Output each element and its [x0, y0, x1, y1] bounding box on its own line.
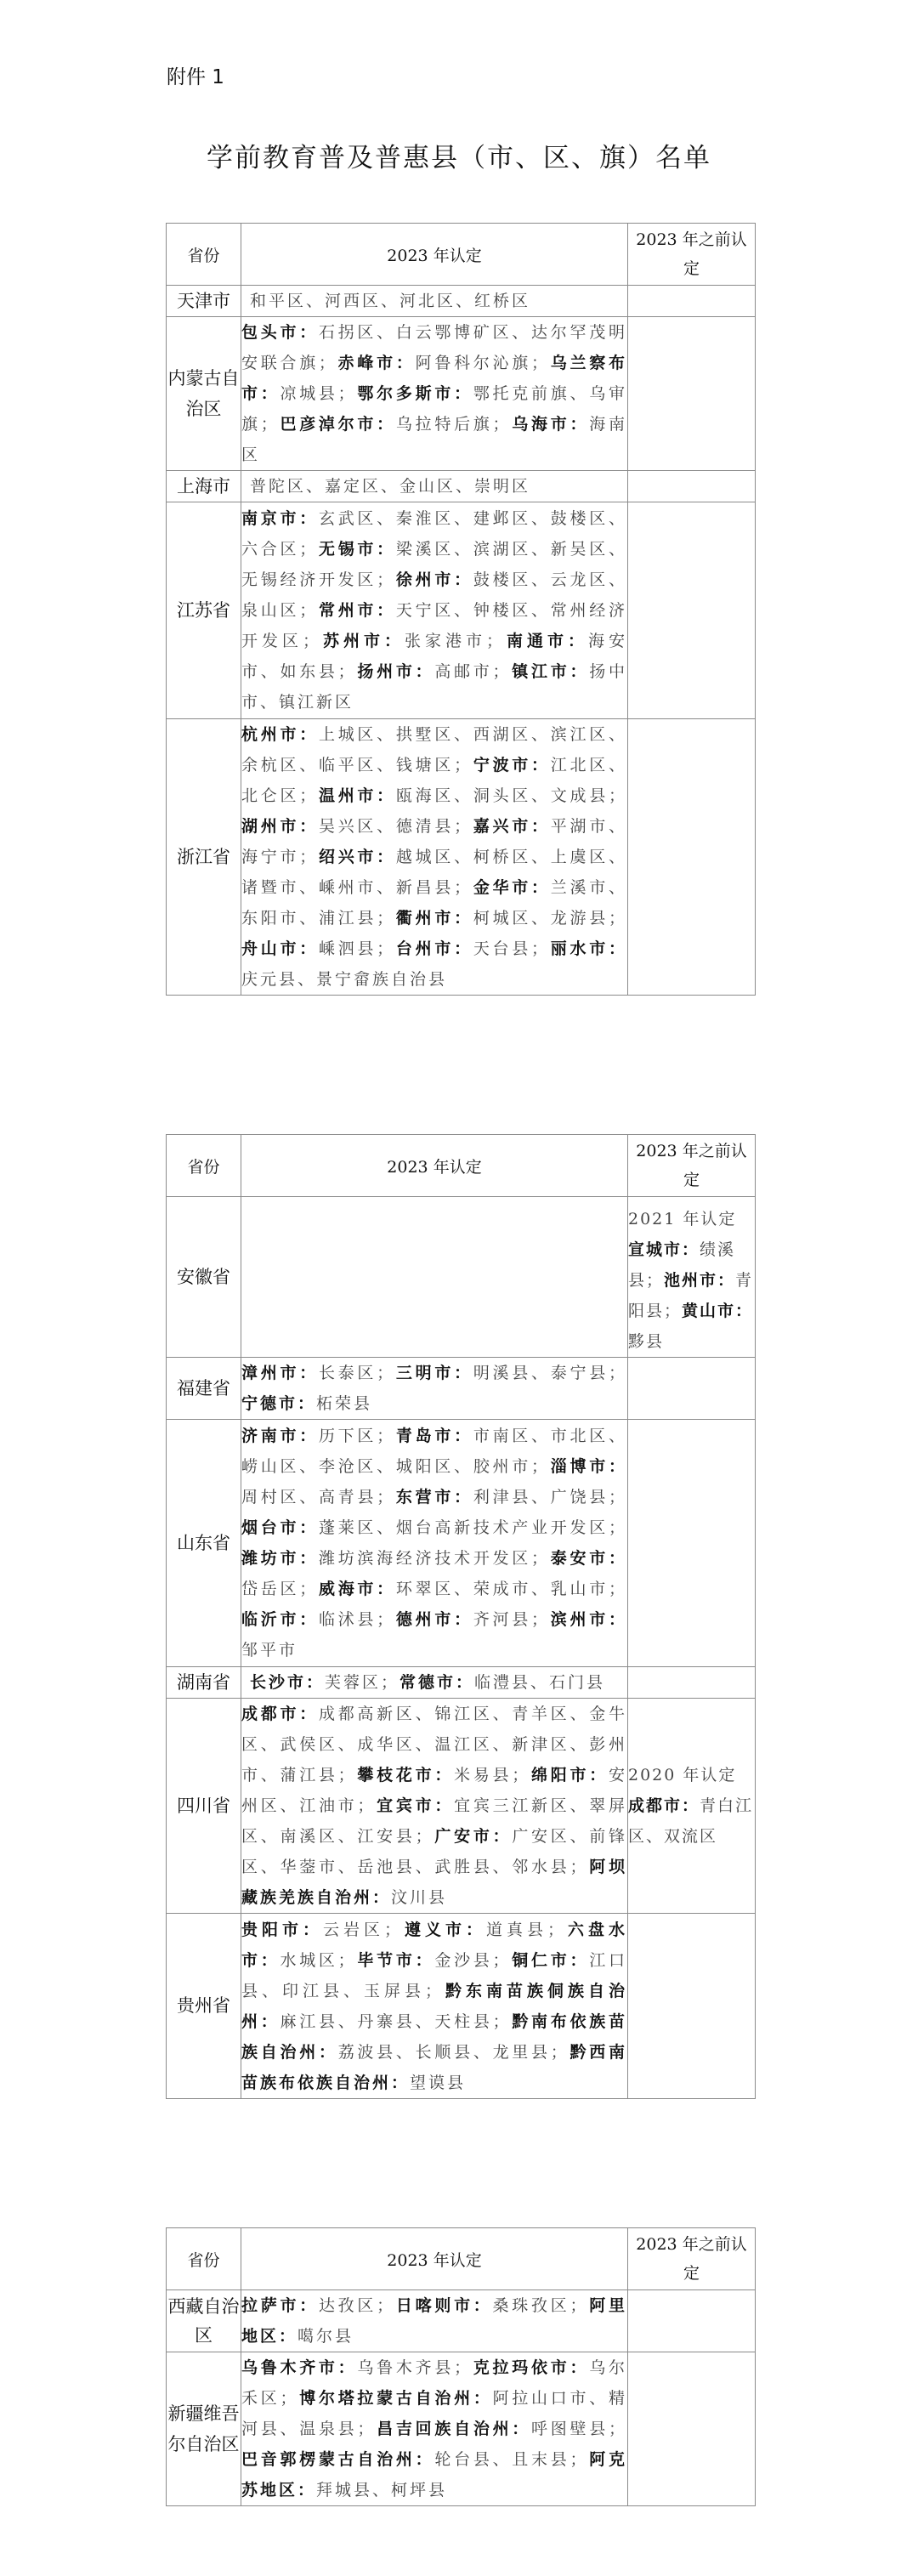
current-cell [241, 1197, 628, 1358]
current-cell: 成都市：成都高新区、锦江区、青羊区、金牛区、武侯区、成华区、温江区、新津区、彭州… [241, 1699, 628, 1914]
header-current: 2023 年认定 [241, 224, 628, 286]
province-cell: 内蒙古自治区 [167, 317, 241, 471]
county-list-table-1: 省份 2023 年认定 2023 年之前认定 天津市 和平区、河西区、河北区、红… [166, 223, 756, 996]
province-cell: 浙江省 [167, 719, 241, 996]
previous-cell [628, 502, 756, 719]
province-cell: 新疆维吾尔自治区 [167, 2352, 241, 2506]
current-cell: 拉萨市：达孜区；日喀则市：桑珠孜区；阿里地区：噶尔县 [241, 2290, 628, 2352]
table-row: 西藏自治区 拉萨市：达孜区；日喀则市：桑珠孜区；阿里地区：噶尔县 [167, 2290, 756, 2352]
table-row: 四川省 成都市：成都高新区、锦江区、青羊区、金牛区、武侯区、成华区、温江区、新津… [167, 1699, 756, 1914]
province-cell: 西藏自治区 [167, 2290, 241, 2352]
previous-cell: 2020 年认定成都市：青白江区、双流区 [628, 1699, 756, 1914]
previous-cell [628, 719, 756, 996]
table-row: 内蒙古自治区 包头市：石拐区、白云鄂博矿区、达尔罕茂明安联合旗；赤峰市：阿鲁科尔… [167, 317, 756, 471]
previous-cell: 2021 年认定宣城市：绩溪县；池州市：青阳县；黄山市：黟县 [628, 1197, 756, 1358]
header-current: 2023 年认定 [241, 1135, 628, 1197]
province-cell: 四川省 [167, 1699, 241, 1914]
previous-cell [628, 317, 756, 471]
table-row: 湖南省 长沙市：芙蓉区；常德市：临澧县、石门县 [167, 1667, 756, 1699]
county-list-table-3: 省份 2023 年认定 2023 年之前认定 西藏自治区 拉萨市：达孜区；日喀则… [166, 2227, 756, 2506]
province-cell: 湖南省 [167, 1667, 241, 1699]
previous-cell [628, 1667, 756, 1699]
current-cell: 长沙市：芙蓉区；常德市：临澧县、石门县 [241, 1667, 628, 1699]
header-province: 省份 [167, 2228, 241, 2290]
table-row: 上海市 普陀区、嘉定区、金山区、崇明区 [167, 471, 756, 502]
current-cell: 包头市：石拐区、白云鄂博矿区、达尔罕茂明安联合旗；赤峰市：阿鲁科尔沁旗；乌兰察布… [241, 317, 628, 471]
current-cell: 南京市：玄武区、秦淮区、建邺区、鼓楼区、六合区；无锡市：梁溪区、滨湖区、新吴区、… [241, 502, 628, 719]
header-previous: 2023 年之前认定 [628, 224, 756, 286]
table-row: 新疆维吾尔自治区 乌鲁木齐市：乌鲁木齐县；克拉玛依市：乌尔禾区；博尔塔拉蒙古自治… [167, 2352, 756, 2506]
province-cell: 江苏省 [167, 502, 241, 719]
table-header-row: 省份 2023 年认定 2023 年之前认定 [167, 1135, 756, 1197]
current-cell: 普陀区、嘉定区、金山区、崇明区 [241, 471, 628, 502]
previous-cell [628, 286, 756, 317]
table-row: 福建省 漳州市：长泰区；三明市：明溪县、泰宁县；宁德市：柘荣县 [167, 1358, 756, 1420]
table-row: 浙江省 杭州市：上城区、拱墅区、西湖区、滨江区、余杭区、临平区、钱塘区；宁波市：… [167, 719, 756, 996]
attachment-label: 附件 1 [167, 61, 224, 89]
previous-cell [628, 1914, 756, 2099]
county-list-table-2: 省份 2023 年认定 2023 年之前认定 安徽省 2021 年认定宣城市：绩… [166, 1134, 756, 2099]
page-title: 学前教育普及普惠县（市、区、旗）名单 [0, 136, 918, 174]
province-cell: 山东省 [167, 1420, 241, 1667]
previous-cell [628, 1420, 756, 1667]
header-province: 省份 [167, 1135, 241, 1197]
table-row: 江苏省 南京市：玄武区、秦淮区、建邺区、鼓楼区、六合区；无锡市：梁溪区、滨湖区、… [167, 502, 756, 719]
current-cell: 乌鲁木齐市：乌鲁木齐县；克拉玛依市：乌尔禾区；博尔塔拉蒙古自治州：阿拉山口市、精… [241, 2352, 628, 2506]
previous-cell [628, 471, 756, 502]
previous-cell [628, 2352, 756, 2506]
header-province: 省份 [167, 224, 241, 286]
province-cell: 天津市 [167, 286, 241, 317]
province-cell: 上海市 [167, 471, 241, 502]
current-cell: 贵阳市：云岩区；遵义市：道真县；六盘水市：水城区；毕节市：金沙县；铜仁市：江口县… [241, 1914, 628, 2099]
table-row: 山东省 济南市：历下区；青岛市：市南区、市北区、崂山区、李沧区、城阳区、胶州市；… [167, 1420, 756, 1667]
table-row: 安徽省 2021 年认定宣城市：绩溪县；池州市：青阳县；黄山市：黟县 [167, 1197, 756, 1358]
province-cell: 福建省 [167, 1358, 241, 1420]
table-header-row: 省份 2023 年认定 2023 年之前认定 [167, 2228, 756, 2290]
header-current: 2023 年认定 [241, 2228, 628, 2290]
header-previous: 2023 年之前认定 [628, 2228, 756, 2290]
table-row: 天津市 和平区、河西区、河北区、红桥区 [167, 286, 756, 317]
current-cell: 济南市：历下区；青岛市：市南区、市北区、崂山区、李沧区、城阳区、胶州市；淄博市：… [241, 1420, 628, 1667]
table-row: 贵州省 贵阳市：云岩区；遵义市：道真县；六盘水市：水城区；毕节市：金沙县；铜仁市… [167, 1914, 756, 2099]
table-header-row: 省份 2023 年认定 2023 年之前认定 [167, 224, 756, 286]
current-cell: 杭州市：上城区、拱墅区、西湖区、滨江区、余杭区、临平区、钱塘区；宁波市：江北区、… [241, 719, 628, 996]
header-previous: 2023 年之前认定 [628, 1135, 756, 1197]
province-cell: 安徽省 [167, 1197, 241, 1358]
previous-cell [628, 1358, 756, 1420]
current-cell: 和平区、河西区、河北区、红桥区 [241, 286, 628, 317]
current-cell: 漳州市：长泰区；三明市：明溪县、泰宁县；宁德市：柘荣县 [241, 1358, 628, 1420]
province-cell: 贵州省 [167, 1914, 241, 2099]
previous-cell [628, 2290, 756, 2352]
